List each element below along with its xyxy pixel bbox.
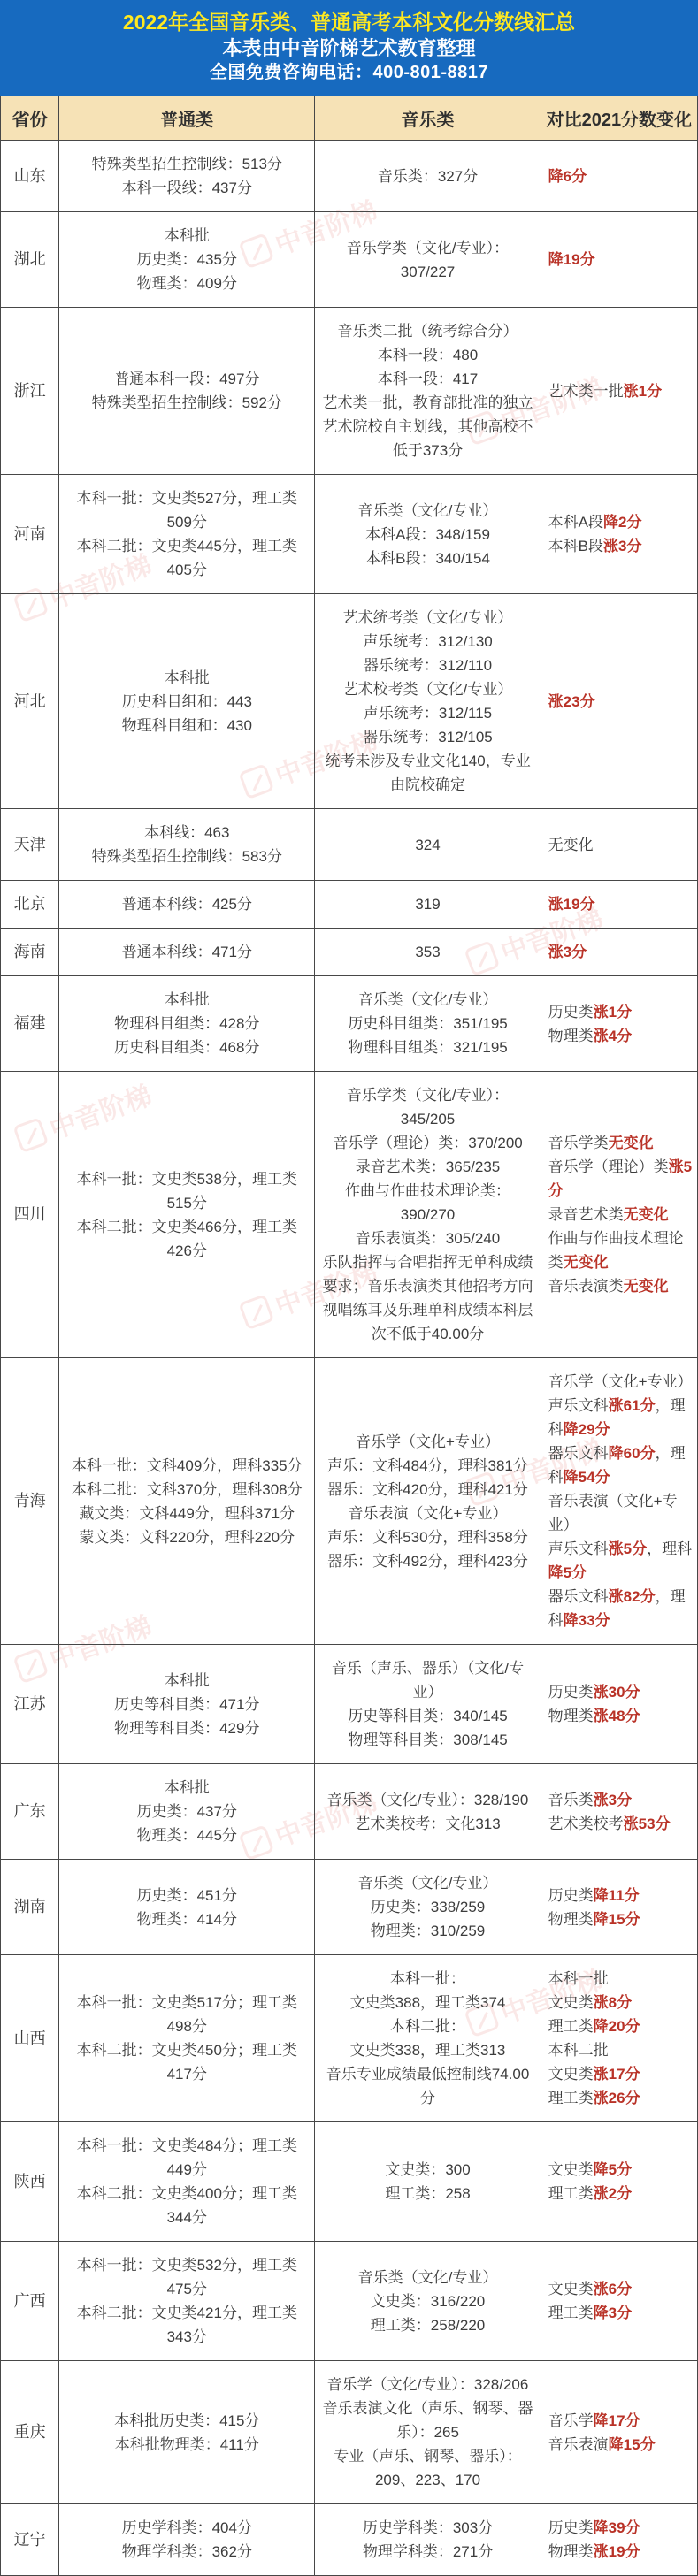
table-row: 山西本科一批：文史类517分；理工类498分本科二批：文史类450分；理工类41…	[1, 1955, 698, 2122]
text-line: 音乐表演降15分	[548, 2433, 694, 2457]
text-line: 声乐文科涨5分，理科降5分	[548, 1537, 694, 1585]
header-general: 普通类	[59, 96, 315, 141]
change-value: 涨1分	[624, 383, 662, 400]
text-line: 本科二批：文科370分，理科308分	[65, 1478, 309, 1502]
header-compare: 对比2021分数变化	[541, 96, 697, 141]
province-cell: 陕西	[1, 2122, 59, 2242]
change-value: 无变化	[564, 1254, 609, 1271]
change-value: 降19分	[548, 251, 595, 268]
province-cell: 广东	[1, 1764, 59, 1860]
text-line: 本科一批：文史类484分；理工类449分	[65, 2134, 309, 2182]
text-line: 物理学科类：362分	[65, 2540, 309, 2564]
province-cell: 福建	[1, 976, 59, 1072]
compare-2021-cell: 历史类降39分物理类涨19分	[541, 2504, 697, 2576]
text-line: 历史类：451分	[65, 1884, 309, 1907]
text-line: 本科A段降2分	[548, 510, 694, 534]
text-line: 本科批	[65, 1776, 309, 1800]
change-value: 无变化	[624, 1206, 669, 1223]
general-scores-cell: 普通本科一段：497分特殊类型招生控制线：592分	[59, 308, 315, 475]
text-line: 乐队指挥与合唱指挥无单科成绩要求；音乐表演类其他招考方向视唱练耳及乐理单科成绩本…	[320, 1250, 534, 1346]
text-line: 本科二批：文史类421分，理工类343分	[65, 2301, 309, 2349]
province-cell: 河北	[1, 594, 59, 809]
table-row: 山东特殊类型招生控制线：513分本科一段线：437分音乐类：327分降6分	[1, 141, 698, 212]
change-label: 物理类	[548, 1028, 594, 1044]
change-value: 无变化	[609, 1135, 654, 1151]
change-label: 音乐学	[548, 2412, 594, 2429]
change-value: 降29分	[564, 1421, 610, 1438]
text-line: 历史类降11分	[548, 1884, 694, 1907]
text-line: 本科二批：文史类400分；理工类344分	[65, 2182, 309, 2229]
change-value: 降3分	[594, 2305, 632, 2321]
text-line: 普通本科线：471分	[65, 940, 309, 964]
general-scores-cell: 本科一批：文史类532分，理工类475分本科二批：文史类421分，理工类343分	[59, 2242, 315, 2361]
text-line: 音乐表演类无变化	[548, 1274, 694, 1298]
text-line: 本科一批	[548, 1967, 694, 1991]
text-line: 艺术统考类（文化/专业）	[320, 606, 534, 630]
general-scores-cell: 本科一批：文史类517分；理工类498分本科二批：文史类450分；理工类417分	[59, 1955, 315, 2122]
text-line: 物理等科目类：429分	[65, 1716, 309, 1740]
text-line: 艺术类校考涨53分	[548, 1812, 694, 1836]
text-line: 本科B段：340/154	[320, 547, 534, 570]
text-line: 物理类涨48分	[548, 1704, 694, 1728]
change-value: 涨17分	[594, 2066, 640, 2083]
change-value: 涨3分	[603, 538, 641, 554]
general-scores-cell: 本科一批：文史类527分，理工类509分本科二批：文史类445分，理工类405分	[59, 475, 315, 594]
compare-2021-cell: 历史类涨30分物理类涨48分	[541, 1645, 697, 1764]
music-scores-cell: 音乐类：327分	[315, 141, 541, 212]
text-line: 历史学科类：303分	[320, 2516, 534, 2540]
music-scores-cell: 音乐学（文化+专业）声乐：文科484分，理科381分器乐：文科420分，理科42…	[315, 1358, 541, 1645]
change-value: 降17分	[594, 2412, 640, 2429]
text-line: 音乐类（文化/专业）：328/190	[320, 1788, 534, 1812]
general-scores-cell: 本科一批：文史类538分，理工类515分本科二批：文史类466分，理工类426分	[59, 1072, 315, 1358]
text-line: 音乐类（文化/专业）	[320, 2266, 534, 2289]
change-value: 降5分	[594, 2161, 632, 2178]
general-scores-cell: 普通本科线：471分	[59, 929, 315, 976]
text-line: 本科A段：348/159	[320, 523, 534, 547]
text-line: 音乐学（理论）类：370/200	[320, 1131, 534, 1155]
table-row: 四川本科一批：文史类538分，理工类515分本科二批：文史类466分，理工类42…	[1, 1072, 698, 1358]
text-line: 历史等科目类：471分	[65, 1693, 309, 1716]
text-line: 普通本科线：425分	[65, 892, 309, 916]
text-line: 音乐学类（文化/专业）：	[320, 236, 534, 260]
text-line: 文史类388，理工类374	[320, 1991, 534, 2014]
change-label: 本科B段	[548, 538, 603, 554]
change-value: 降39分	[594, 2519, 640, 2536]
change-value: 涨3分	[548, 944, 587, 960]
music-scores-cell: 音乐类二批（统考综合分）本科一段：480本科一段：417艺术类一批，教育部批准的…	[315, 308, 541, 475]
text-line: 本科一批：文史类538分，理工类515分	[65, 1167, 309, 1215]
table-row: 广西本科一批：文史类532分，理工类475分本科二批：文史类421分，理工类34…	[1, 2242, 698, 2361]
text-line: 音乐类：327分	[320, 164, 534, 188]
province-cell: 重庆	[1, 2361, 59, 2504]
change-value: 降5分	[548, 1564, 587, 1581]
text-line: 器乐文科降60分，理科降54分	[548, 1441, 694, 1489]
text-line: 本科二批：文史类466分，理工类426分	[65, 1215, 309, 1263]
change-value: 涨4分	[594, 1028, 632, 1044]
text-line: 历史学科类：404分	[65, 2516, 309, 2540]
compare-2021-cell: 降19分	[541, 212, 697, 308]
province-cell: 浙江	[1, 308, 59, 475]
music-scores-cell: 音乐类（文化/专业）历史类：338/259物理类：310/259	[315, 1860, 541, 1955]
table-row: 海南普通本科线：471分353涨3分	[1, 929, 698, 976]
text-line: 物理科目组类：428分	[65, 1012, 309, 1036]
text-line: 本科一批：文科409分，理科335分	[65, 1454, 309, 1478]
compare-2021-cell: 艺术类一批涨1分	[541, 308, 697, 475]
text-line: 涨19分	[548, 892, 694, 916]
text-line: 音乐类二批（统考综合分）	[320, 319, 534, 343]
change-value: 降15分	[594, 1911, 640, 1928]
province-cell: 河南	[1, 475, 59, 594]
text-line: 文史类338，理工类313	[320, 2038, 534, 2062]
text-line: 本科批	[65, 666, 309, 690]
music-scores-cell: 音乐类（文化/专业）本科A段：348/159本科B段：340/154	[315, 475, 541, 594]
change-label: 理工类	[548, 2185, 594, 2202]
change-label: 录音艺术类	[548, 1206, 624, 1223]
music-scores-cell: 319	[315, 881, 541, 929]
text-line: 历史科目组类：351/195	[320, 1012, 534, 1036]
text-line: 本科二批：文史类450分；理工类417分	[65, 2038, 309, 2086]
text-line: 普通本科一段：497分	[65, 367, 309, 391]
change-value: 涨23分	[548, 693, 595, 710]
compare-2021-cell: 文史类涨6分理工类降3分	[541, 2242, 697, 2361]
general-scores-cell: 本科批历史等科目类：471分物理等科目类：429分	[59, 1645, 315, 1764]
text-line: 音乐表演（文化+专业）	[548, 1489, 694, 1537]
text-line: 降6分	[548, 164, 694, 188]
change-label: 声乐文科	[548, 1540, 609, 1557]
text-line: 物理科目组类：321/195	[320, 1036, 534, 1059]
table-row: 辽宁历史学科类：404分物理学科类：362分历史学科类：303分物理学科类：27…	[1, 2504, 698, 2576]
music-scores-cell: 音乐学类（文化/专业）：307/227	[315, 212, 541, 308]
change-value: 涨30分	[594, 1684, 640, 1701]
compare-2021-cell: 涨19分	[541, 881, 697, 929]
change-label: 文史类	[548, 1994, 594, 2011]
province-cell: 山东	[1, 141, 59, 212]
text-line: 音乐学类（文化/专业）：345/205	[320, 1083, 534, 1131]
change-label: 器乐文科	[548, 1445, 609, 1462]
compare-2021-cell: 涨3分	[541, 929, 697, 976]
text-line: 理工类涨26分	[548, 2086, 694, 2110]
text-line: 藏文类：文科449分，理科371分	[65, 1502, 309, 1525]
general-scores-cell: 本科批物理科目组类：428分历史科目组类：468分	[59, 976, 315, 1072]
text-line: 353	[320, 940, 534, 964]
text-line: 音乐类涨3分	[548, 1788, 694, 1812]
province-cell: 江苏	[1, 1645, 59, 1764]
change-label: 音乐表演	[548, 2436, 609, 2453]
banner-subtitle: 本表由中音阶梯艺术教育整理	[9, 35, 689, 61]
change-label: 本科一批	[548, 1970, 609, 1987]
change-value: 降60分	[609, 1445, 656, 1462]
score-table: 省份 普通类 音乐类 对比2021分数变化 山东特殊类型招生控制线：513分本科…	[0, 96, 698, 2576]
text-line: 历史科目组和：443	[65, 690, 309, 714]
change-value: 降54分	[564, 1469, 610, 1486]
table-row: 重庆本科批历史类：415分本科批物理类：411分音乐学（文化/专业）：328/2…	[1, 2361, 698, 2504]
text-line: 本科一段：480	[320, 343, 534, 367]
change-label: 理工类	[548, 2090, 594, 2106]
general-scores-cell: 历史学科类：404分物理学科类：362分	[59, 2504, 315, 2576]
infographic-page: 2022年全国音乐类、普通高考本科文化分数线汇总 本表由中音阶梯艺术教育整理 全…	[0, 0, 698, 2576]
text-line: 历史类涨30分	[548, 1680, 694, 1704]
banner-phone-line: 全国免费咨询电话：400-801-8817	[9, 61, 689, 85]
banner: 2022年全国音乐类、普通高考本科文化分数线汇总 本表由中音阶梯艺术教育整理 全…	[0, 0, 698, 96]
change-label: 物理类	[548, 1708, 594, 1724]
change-label: 本科A段	[548, 514, 603, 531]
change-label: 历史类	[548, 1887, 594, 1904]
text-line: 理工类降3分	[548, 2301, 694, 2325]
header-music: 音乐类	[315, 96, 541, 141]
text-line: 理工类：258/220	[320, 2313, 534, 2337]
general-scores-cell: 本科一批：文史类484分；理工类449分本科二批：文史类400分；理工类344分	[59, 2122, 315, 2242]
text-line: 声乐统考：312/130	[320, 630, 534, 654]
text-line: 物理等科目类：308/145	[320, 1728, 534, 1752]
text-line: 本科二批：	[320, 2014, 534, 2038]
text-line: 无变化	[548, 833, 694, 857]
change-value: 降15分	[609, 2436, 656, 2453]
change-label: 历史类	[548, 2519, 594, 2536]
text-line: 历史等科目类：340/145	[320, 1704, 534, 1728]
change-value: 涨19分	[594, 2543, 640, 2560]
text-line: 涨3分	[548, 940, 694, 964]
text-line: 器乐：文科420分，理科421分	[320, 1478, 534, 1502]
change-label: 物理类	[548, 1911, 594, 1928]
change-label: 声乐文科	[548, 1397, 609, 1414]
music-scores-cell: 音乐类（文化/专业）文史类：316/220理工类：258/220	[315, 2242, 541, 2361]
text-line: 本科二批：文史类445分，理工类405分	[65, 534, 309, 582]
text-line: 本科一批：	[320, 1967, 534, 1991]
text-line: 物理类：310/259	[320, 1919, 534, 1943]
change-value: 涨53分	[624, 1815, 671, 1832]
text-line: 声乐统考：312/115	[320, 701, 534, 725]
change-value: 涨6分	[594, 2281, 632, 2297]
province-cell: 北京	[1, 881, 59, 929]
text-line: 蒙文类：文科220分，理科220分	[65, 1525, 309, 1549]
table-row: 浙江普通本科一段：497分特殊类型招生控制线：592分音乐类二批（统考综合分）本…	[1, 308, 698, 475]
music-scores-cell: 353	[315, 929, 541, 976]
compare-2021-cell: 音乐学（文化+专业）声乐文科涨61分，理科降29分器乐文科降60分，理科降54分…	[541, 1358, 697, 1645]
text-line: 本科批	[65, 1669, 309, 1693]
text-line: 声乐：文科484分，理科381分	[320, 1454, 534, 1478]
text-line: 物理科目组和：430	[65, 714, 309, 738]
text-line: 音乐类（文化/专业）	[320, 1871, 534, 1895]
table-row: 河北本科批历史科目组和：443物理科目组和：430艺术统考类（文化/专业）声乐统…	[1, 594, 698, 809]
text-line: 音乐类（文化/专业）	[320, 988, 534, 1012]
change-value: 涨48分	[594, 1708, 640, 1724]
text-line: 本科一段：417	[320, 367, 534, 391]
header-province: 省份	[1, 96, 59, 141]
text-line: 音乐学（文化+专业）	[320, 1430, 534, 1454]
text-line: 声乐文科涨61分，理科降29分	[548, 1394, 694, 1441]
text-line: 文史类：300	[320, 2158, 534, 2182]
general-scores-cell: 本科一批：文科409分，理科335分本科二批：文科370分，理科308分藏文类：…	[59, 1358, 315, 1645]
province-cell: 青海	[1, 1358, 59, 1645]
change-label: 音乐学（理论）类	[548, 1158, 669, 1175]
text-line: 本科一批：文史类532分，理工类475分	[65, 2253, 309, 2301]
change-label: 文史类	[548, 2281, 594, 2297]
text-line: 物理类：409分	[65, 271, 309, 295]
text-line: 理工类降20分	[548, 2014, 694, 2038]
change-label: 器乐文科	[548, 1588, 609, 1605]
text-line: 本科二批	[548, 2038, 694, 2062]
general-scores-cell: 本科批历史类：437分物理类：445分	[59, 1764, 315, 1860]
text-line: 特殊类型招生控制线：513分	[65, 152, 309, 176]
text-line: 物理类涨4分	[548, 1024, 694, 1048]
text-line: 特殊类型招生控制线：592分	[65, 391, 309, 415]
change-value: 涨19分	[548, 896, 595, 913]
compare-2021-cell: 降6分	[541, 141, 697, 212]
table-row: 河南本科一批：文史类527分，理工类509分本科二批：文史类445分，理工类40…	[1, 475, 698, 594]
text-line: 艺术类校考：文化313	[320, 1812, 534, 1836]
table-row: 天津本科线：463特殊类型招生控制线：583分324无变化	[1, 809, 698, 881]
compare-2021-cell: 历史类涨1分物理类涨4分	[541, 976, 697, 1072]
change-label: 文史类	[548, 2066, 594, 2083]
change-label: 物理类	[548, 2543, 594, 2560]
text-line: 音乐学降17分	[548, 2409, 694, 2433]
general-scores-cell: 普通本科线：425分	[59, 881, 315, 929]
text-line: 本科B段涨3分	[548, 534, 694, 558]
music-scores-cell: 历史学科类：303分物理学科类：271分	[315, 2504, 541, 2576]
text-line: 统考未涉及专业文化140，专业由院校确定	[320, 749, 534, 797]
text-line: 324	[320, 833, 534, 857]
general-scores-cell: 历史类：451分物理类：414分	[59, 1860, 315, 1955]
change-value: 涨61分	[609, 1397, 656, 1414]
text-line: 专业（声乐、钢琴、器乐）：209、223、170	[320, 2444, 534, 2492]
table-header-row: 省份 普通类 音乐类 对比2021分数变化	[1, 96, 698, 141]
province-cell: 湖南	[1, 1860, 59, 1955]
text-line: 物理类：445分	[65, 1823, 309, 1847]
music-scores-cell: 音乐学（文化/专业）：328/206音乐表演文化（声乐、钢琴、器乐）：265专业…	[315, 2361, 541, 2504]
music-scores-cell: 音乐类（文化/专业）：328/190艺术类校考：文化313	[315, 1764, 541, 1860]
general-scores-cell: 特殊类型招生控制线：513分本科一段线：437分	[59, 141, 315, 212]
text-line: 文史类涨6分	[548, 2277, 694, 2301]
text-line: 音乐类（文化/专业）	[320, 499, 534, 523]
change-label: 理工类	[548, 2305, 594, 2321]
text-line: 录音艺术类：365/235	[320, 1155, 534, 1179]
text-line: 物理学科类：271分	[320, 2540, 534, 2564]
change-label: 无变化	[548, 837, 594, 853]
table-row: 北京普通本科线：425分319涨19分	[1, 881, 698, 929]
change-label: 艺术类一批	[548, 383, 624, 400]
music-scores-cell: 音乐学类（文化/专业）：345/205音乐学（理论）类：370/200录音艺术类…	[315, 1072, 541, 1358]
change-value: 涨3分	[594, 1792, 632, 1808]
general-scores-cell: 本科线：463特殊类型招生控制线：583分	[59, 809, 315, 881]
music-scores-cell: 音乐（声乐、器乐）（文化/专业）历史等科目类：340/145物理等科目类：308…	[315, 1645, 541, 1764]
change-value: 降33分	[564, 1612, 610, 1629]
change-value: 涨2分	[594, 2185, 632, 2202]
change-label: 历史类	[548, 1004, 594, 1020]
text-line: 文史类涨8分	[548, 1991, 694, 2014]
music-scores-cell: 324	[315, 809, 541, 881]
text-line: 历史类：338/259	[320, 1895, 534, 1919]
text-line: 文史类降5分	[548, 2158, 694, 2182]
compare-2021-cell: 音乐学类无变化音乐学（理论）类涨5分录音艺术类无变化作曲与作曲技术理论类无变化音…	[541, 1072, 697, 1358]
text-line: 音乐表演（文化+专业）	[320, 1502, 534, 1525]
text-line: 音乐学类无变化	[548, 1131, 694, 1155]
text-line: 本科一批：文史类527分，理工类509分	[65, 486, 309, 534]
compare-2021-cell: 历史类降11分物理类降15分	[541, 1860, 697, 1955]
change-label: 艺术类校考	[548, 1815, 624, 1832]
province-cell: 湖北	[1, 212, 59, 308]
text-line: 作曲与作曲技术理论类无变化	[548, 1227, 694, 1274]
text-line: 319	[320, 892, 534, 916]
province-cell: 山西	[1, 1955, 59, 2122]
text-line: 本科批物理类：411分	[65, 2433, 309, 2457]
change-value: 降11分	[594, 1887, 640, 1904]
change-value: 降20分	[594, 2018, 640, 2035]
compare-2021-cell: 音乐学降17分音乐表演降15分	[541, 2361, 697, 2504]
text-line: 涨23分	[548, 690, 694, 714]
general-scores-cell: 本科批历史类：415分本科批物理类：411分	[59, 2361, 315, 2504]
general-scores-cell: 本科批历史科目组和：443物理科目组和：430	[59, 594, 315, 809]
table-row: 陕西本科一批：文史类484分；理工类449分本科二批：文史类400分；理工类34…	[1, 2122, 698, 2242]
change-value: 降2分	[603, 514, 641, 531]
text-line: 录音艺术类无变化	[548, 1203, 694, 1227]
text-line: 本科批	[65, 224, 309, 248]
table-row: 福建本科批物理科目组类：428分历史科目组类：468分音乐类（文化/专业）历史科…	[1, 976, 698, 1072]
change-label: 本科二批	[548, 2042, 609, 2059]
text-line: 音乐学（文化/专业）：328/206	[320, 2373, 534, 2396]
compare-2021-cell: 文史类降5分理工类涨2分	[541, 2122, 697, 2242]
text-line: 器乐统考：312/110	[320, 654, 534, 677]
banner-title: 2022年全国音乐类、普通高考本科文化分数线汇总	[9, 9, 689, 35]
province-cell: 辽宁	[1, 2504, 59, 2576]
change-label: ，理科	[647, 1540, 692, 1557]
text-line: 物理类：414分	[65, 1907, 309, 1931]
text-line: 本科一段线：437分	[65, 176, 309, 200]
change-value: 涨26分	[594, 2090, 640, 2106]
music-scores-cell: 本科一批：文史类388，理工类374本科二批：文史类338，理工类313音乐专业…	[315, 1955, 541, 2122]
text-line: 音乐学（理论）类涨5分	[548, 1155, 694, 1203]
change-value: 降6分	[548, 168, 587, 185]
compare-2021-cell: 音乐类涨3分艺术类校考涨53分	[541, 1764, 697, 1860]
text-line: 音乐表演类：305/240	[320, 1227, 534, 1250]
change-label: 音乐表演（文化+专业）	[548, 1493, 678, 1533]
compare-2021-cell: 无变化	[541, 809, 697, 881]
change-label: 文史类	[548, 2161, 594, 2178]
change-label: 音乐学类	[548, 1135, 609, 1151]
table-row: 广东本科批历史类：437分物理类：445分音乐类（文化/专业）：328/190艺…	[1, 1764, 698, 1860]
compare-2021-cell: 本科一批文史类涨8分理工类降20分本科二批文史类涨17分理工类涨26分	[541, 1955, 697, 2122]
text-line: 307/227	[320, 260, 534, 284]
text-line: 音乐表演文化（声乐、钢琴、器乐）：265	[320, 2396, 534, 2444]
compare-2021-cell: 本科A段降2分本科B段涨3分	[541, 475, 697, 594]
province-cell: 天津	[1, 809, 59, 881]
text-line: 特殊类型招生控制线：583分	[65, 845, 309, 868]
change-label: 音乐表演类	[548, 1278, 624, 1295]
text-line: 音乐专业成绩最低控制线74.00分	[320, 2062, 534, 2110]
change-label: 音乐类	[548, 1792, 594, 1808]
text-line: 文史类涨17分	[548, 2062, 694, 2086]
text-line: 历史科目组类：468分	[65, 1036, 309, 1059]
province-cell: 四川	[1, 1072, 59, 1358]
text-line: 物理类降15分	[548, 1907, 694, 1931]
text-line: 历史类降39分	[548, 2516, 694, 2540]
text-line: 音乐学（文化+专业）	[548, 1370, 694, 1394]
change-label: 音乐学（文化+专业）	[548, 1373, 693, 1390]
table-row: 湖北本科批历史类：435分物理类：409分音乐学类（文化/专业）：307/227…	[1, 212, 698, 308]
change-value: 涨5分	[609, 1540, 647, 1557]
text-line: 器乐：文科492分，理科423分	[320, 1549, 534, 1573]
text-line: 艺术类一批涨1分	[548, 379, 694, 403]
province-cell: 海南	[1, 929, 59, 976]
text-line: 历史类涨1分	[548, 1000, 694, 1024]
change-value: 无变化	[624, 1278, 669, 1295]
change-value: 涨82分	[609, 1588, 656, 1605]
text-line: 声乐：文科530分，理科358分	[320, 1525, 534, 1549]
compare-2021-cell: 涨23分	[541, 594, 697, 809]
table-row: 湖南历史类：451分物理类：414分音乐类（文化/专业）历史类：338/259物…	[1, 1860, 698, 1955]
table-row: 江苏本科批历史等科目类：471分物理等科目类：429分音乐（声乐、器乐）（文化/…	[1, 1645, 698, 1764]
text-line: 理工类涨2分	[548, 2182, 694, 2205]
